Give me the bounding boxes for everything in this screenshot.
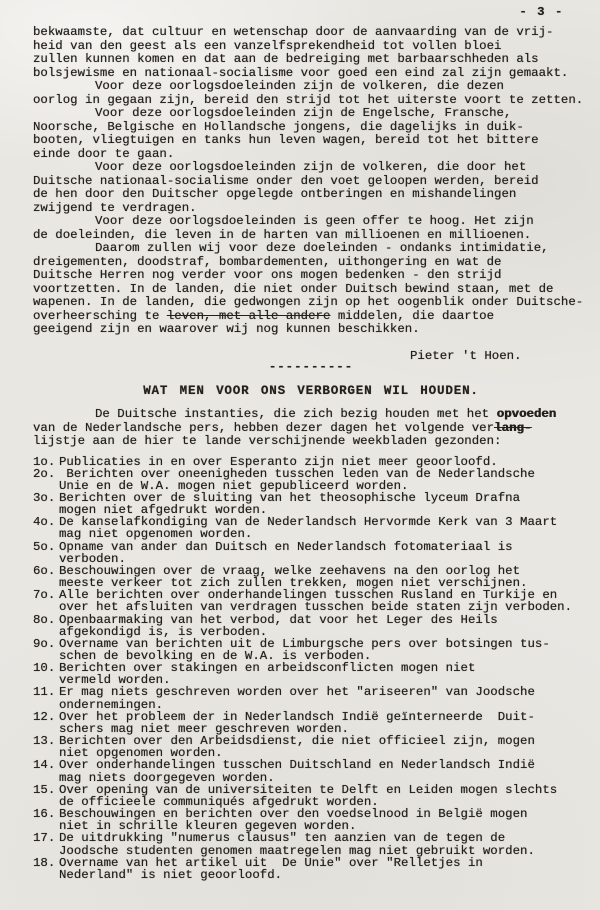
item-text: Over opening van de universiteiten te De…	[59, 784, 557, 808]
item-text: Berichten over den Arbeidsdienst, die ni…	[59, 735, 535, 759]
paragraph: Voor deze oorlogsdoeleinden zijn de volk…	[33, 80, 589, 107]
item-number: 7o.	[33, 589, 59, 601]
text-run: Voor deze oorlogsdoeleinden zijn de Enge…	[95, 106, 511, 120]
list-item: 3o.Berichten over de sluiting van het th…	[33, 492, 589, 516]
text-run: bekwaamste, dat cultuur en wetenschap do…	[33, 25, 554, 39]
item-number: 2o.	[33, 468, 59, 480]
paragraph: Voor deze oorlogsdoeleinden is geen offe…	[33, 215, 589, 242]
item-text: Opname van ander dan Duitsch en Nederlan…	[59, 541, 513, 565]
text-run: Voor deze oorlogsdoeleinden zijn de volk…	[95, 79, 504, 93]
text-run: Daarom zullen wij voor deze doeleinden -…	[95, 241, 549, 255]
text-run: oorlog in gegaan zijn, bereid den strijd…	[33, 93, 583, 107]
text-run: Noorsche, Belgische en Hollandsche jonge…	[33, 120, 524, 134]
list-item: 9o.Overname van berichten uit de Limburg…	[33, 638, 589, 662]
text-run: de hen door den Duitscher opgelegde ontb…	[33, 187, 516, 201]
item-text: Overname van berichten uit de Limburgsch…	[59, 638, 550, 662]
item-number: 13.	[33, 735, 59, 747]
paragraph: bekwaamste, dat cultuur en wetenschap do…	[33, 26, 589, 80]
intro-paragraph: De Duitsche instanties, die zich bezig h…	[33, 408, 589, 449]
list-item: 17.De uitdrukking "numerus clausus" ten …	[33, 832, 589, 856]
item-text: De kanselafkondiging van de Nederlandsch…	[59, 516, 557, 540]
text-run: Duitsche nationaal-socialisme onder den …	[33, 174, 539, 188]
text-run: zwijgend te verdragen.	[33, 201, 197, 215]
emphasis-bold-strike: lang-	[494, 421, 531, 435]
item-number: 15.	[33, 784, 59, 796]
list-item: 10.Berichten over stakingen en arbeidsco…	[33, 662, 589, 686]
article-title: WAT MEN VOOR ONS VERBORGEN WIL HOUDEN.	[33, 385, 589, 399]
text-run: middelen, die daartoe	[330, 309, 494, 323]
list-item: 11.Er mag niets geschreven worden over h…	[33, 686, 589, 710]
list-item: 15.Over opening van de universiteiten te…	[33, 784, 589, 808]
paragraph: De Duitsche instanties, die zich bezig h…	[33, 408, 589, 449]
text-run: heid van den geest als een vanzelfspreke…	[33, 39, 501, 53]
text-run: booten, vliegtuigen en tanks hun leven w…	[33, 133, 539, 147]
paragraph: Voor deze oorlogsdoeleinden zijn de Enge…	[33, 107, 589, 161]
text-run: dreigementen, doodstraf, bombardementen,…	[33, 255, 501, 269]
text-run: van de Nederlandsche pers, hebben dezer …	[33, 421, 494, 435]
item-text: Berichten over de sluiting van het theos…	[59, 492, 520, 516]
text-run: geeigend zijn en waarover wij nog kunnen…	[33, 322, 420, 336]
item-text: Beschouwingen over de vraag, welke zeeha…	[59, 565, 527, 589]
item-number: 9o.	[33, 638, 59, 650]
list-item: 18.Overname van het artikel uit De Unie"…	[33, 857, 589, 881]
item-number: 5o.	[33, 541, 59, 553]
text-run: voortzetten. In de landen, die niet onde…	[33, 282, 554, 296]
list-item: 14.Over onderhandelingen tusschen Duitsc…	[33, 759, 589, 783]
item-number: 3o.	[33, 492, 59, 504]
item-text: Er mag niets geschreven worden over het …	[59, 686, 535, 710]
item-number: 17.	[33, 832, 59, 844]
item-text: Over het probleem der in Nederlandsch In…	[59, 711, 535, 735]
list-item: 13.Berichten over den Arbeidsdienst, die…	[33, 735, 589, 759]
list-item: 12.Over het probleem der in Nederlandsch…	[33, 711, 589, 735]
text-run: overheersching te	[33, 309, 167, 323]
item-number: 14.	[33, 759, 59, 771]
emphasis-strike: leven, met alle andere	[167, 309, 331, 323]
paragraph: Daarom zullen wij voor deze doeleinden -…	[33, 242, 589, 337]
text-run: Nederland" is niet geoorloofd.	[59, 868, 282, 882]
list-item: 4o.De kanselafkondiging van de Nederland…	[33, 516, 589, 540]
list-item: 8o.Openbaarmaking van het verbod, dat vo…	[33, 614, 589, 638]
page-content: bekwaamste, dat cultuur en wetenschap do…	[33, 26, 589, 881]
text-run: zullen kunnen komen en dat aan de bedrei…	[33, 52, 539, 66]
item-number: 11.	[33, 686, 59, 698]
item-number: 16.	[33, 808, 59, 820]
text-run: De Duitsche instanties, die zich bezig h…	[95, 407, 497, 421]
item-number: 6o.	[33, 565, 59, 577]
item-text: Berichten over oneenigheden tusschen led…	[59, 468, 535, 492]
text-run: Voor deze oorlogsdoeleinden is geen offe…	[95, 214, 534, 228]
list-item: 6o.Beschouwingen over de vraag, welke ze…	[33, 565, 589, 589]
editorial-body: bekwaamste, dat cultuur en wetenschap do…	[33, 26, 589, 337]
item-number: 18.	[33, 857, 59, 869]
item-text: De uitdrukking "numerus clausus" ten aan…	[59, 832, 535, 856]
emphasis-bold: opvoeden	[497, 407, 557, 421]
section-separator: ----------	[33, 361, 589, 375]
text-run: Voor deze oorlogsdoeleinden zijn de volk…	[95, 160, 526, 174]
text-run: lijstje aan de hier te lande verschijnen…	[33, 434, 501, 448]
directives-list: 1o.Publicaties in en over Esperanto zijn…	[33, 456, 589, 881]
item-text: Openbaarmaking van het verbod, dat voor …	[59, 614, 498, 638]
item-number: 10.	[33, 662, 59, 674]
item-number: 8o.	[33, 614, 59, 626]
text-run: Duitsche Herren nog verder voor ons moge…	[33, 268, 501, 282]
item-text: Over onderhandelingen tusschen Duitschla…	[59, 759, 535, 783]
item-text: Berichten over stakingen en arbeidsconfl…	[59, 662, 475, 686]
item-number: 12.	[33, 711, 59, 723]
list-item: 16.Beschouwingen en berichten over den v…	[33, 808, 589, 832]
item-number: 4o.	[33, 516, 59, 528]
item-text: Alle berichten over onderhandelingen tus…	[59, 589, 572, 613]
text-run: wapenen. In de landen, die gedwongen zij…	[33, 295, 583, 309]
list-item: 5o.Opname van ander dan Duitsch en Neder…	[33, 541, 589, 565]
list-item: 2o. Berichten over oneenigheden tusschen…	[33, 468, 589, 492]
list-item: 7o.Alle berichten over onderhandelingen …	[33, 589, 589, 613]
text-run: de doeleinden, die leven in de harten va…	[33, 228, 531, 242]
page-number: - 3 -	[519, 6, 564, 20]
item-number: 1o.	[33, 456, 59, 468]
paragraph: Voor deze oorlogsdoeleinden zijn de volk…	[33, 161, 589, 215]
scanned-document-page: - 3 - bekwaamste, dat cultuur en wetensc…	[0, 0, 600, 910]
item-text: Beschouwingen en berichten over den voed…	[59, 808, 527, 832]
text-run: bolsjewisme en nationaal-socialisme voor…	[33, 66, 568, 80]
text-run: Opname van ander dan Duitsch en Nederlan…	[59, 540, 513, 554]
item-text: Overname van het artikel uit De Unie" ov…	[59, 857, 483, 881]
text-run: einde door te gaan.	[33, 147, 174, 161]
